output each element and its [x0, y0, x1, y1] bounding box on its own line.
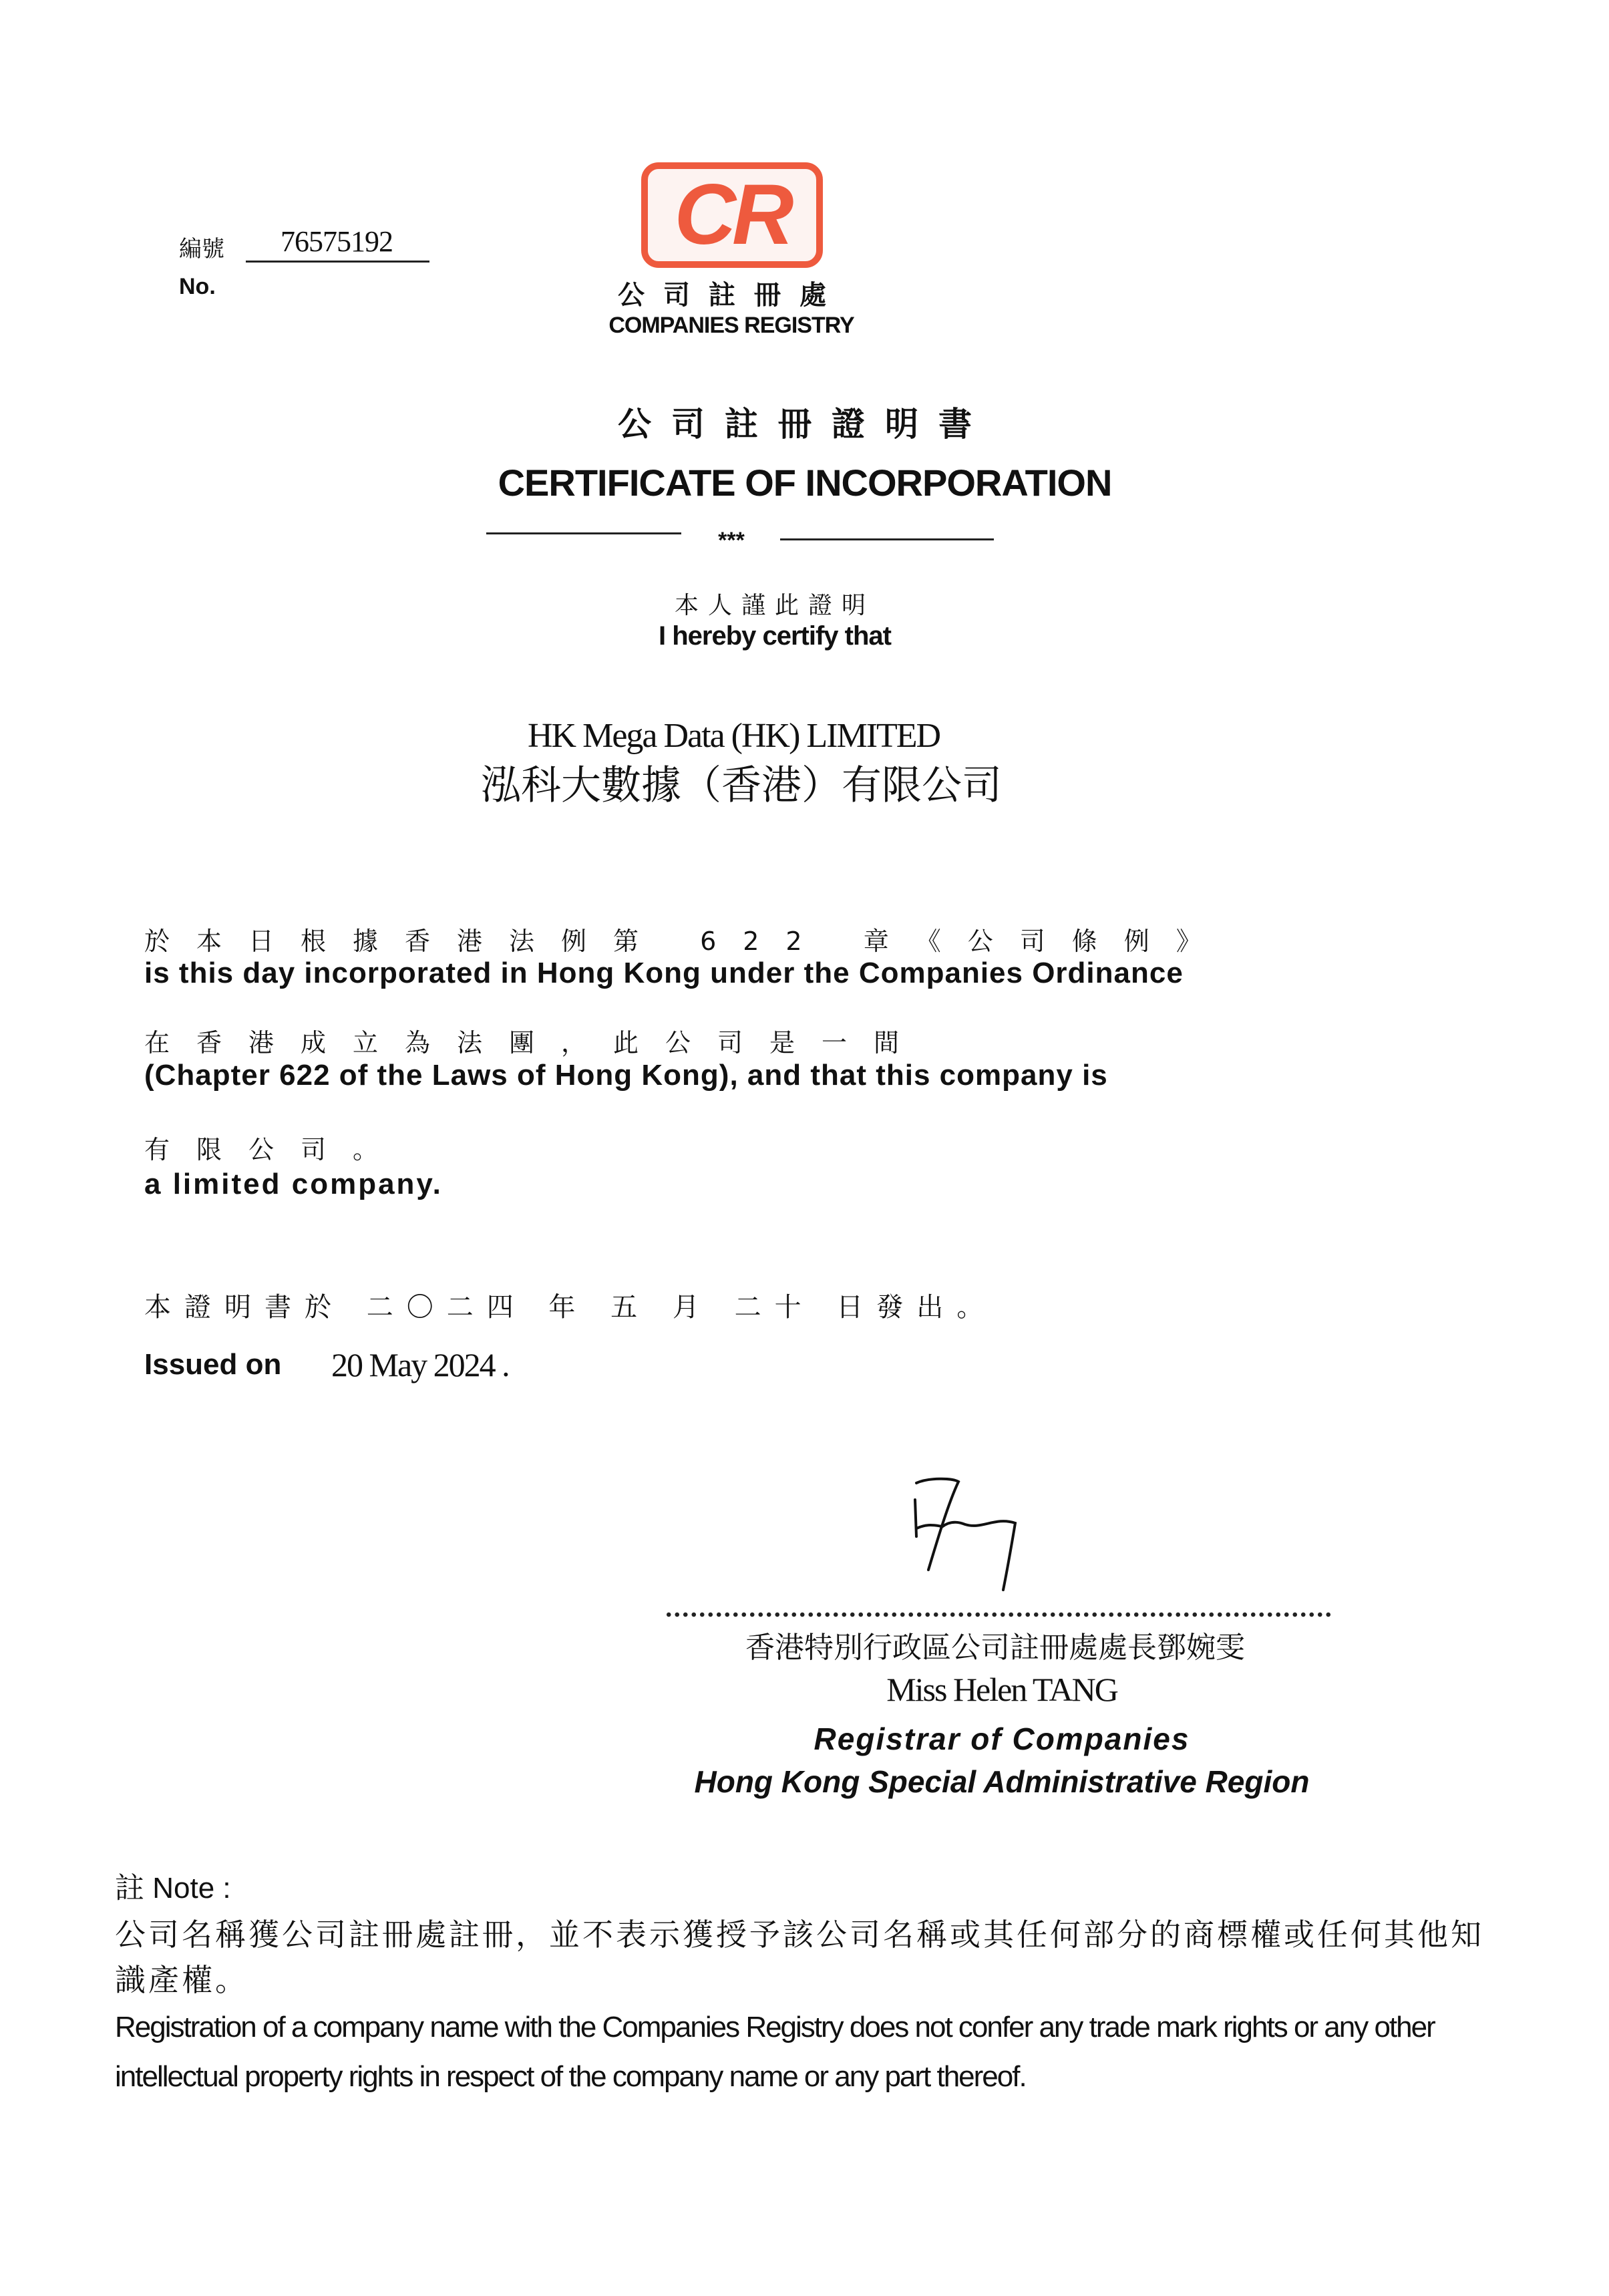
- company-name-zh: 泓科大數據（香港）有限公司: [481, 754, 1216, 811]
- body-line1-zh: 於本日根據香港法例第 622 章《公司條例》: [144, 921, 1228, 957]
- title-zh: 公司註冊證明書: [401, 397, 1209, 446]
- body-line1-en: is this day incorporated in Hong Kong un…: [144, 957, 1184, 990]
- note-label: 註 Note :: [115, 1864, 231, 1907]
- note-text-zh: 公司名稱獲公司註冊處註冊，並不表示獲授予該公司名稱或其任何部分的商標權或任何其他…: [115, 1912, 1484, 2003]
- registry-name-en: COMPANIES REGISTRY: [574, 313, 888, 339]
- title-en: CERTIFICATE OF INCORPORATION: [374, 461, 1236, 504]
- note-text-en: Registration of a company name with the …: [115, 2003, 1504, 2102]
- logo-cr-text: CR: [675, 172, 790, 258]
- divider-ornament: ***: [695, 528, 768, 554]
- body-line2-en: (Chapter 622 of the Laws of Hong Kong), …: [144, 1059, 1108, 1092]
- certify-en: I hereby certify that: [534, 621, 1015, 651]
- issued-label: Issued on: [144, 1348, 281, 1381]
- registry-name-zh: 公司註冊處: [588, 274, 875, 312]
- issued-date-en: 20 May 2024 .: [331, 1345, 509, 1384]
- body-line3-en: a limited company.: [144, 1168, 443, 1201]
- signature-icon: [902, 1463, 1069, 1597]
- registrar-title-en: Registrar of Companies: [668, 1721, 1336, 1757]
- issued-date-zh: 本證明書於 二〇二四 年 五 月 二十 日發出。: [144, 1286, 997, 1324]
- registrar-title-zh: 香港特別行政區公司註冊處處長鄧婉雯: [668, 1623, 1322, 1666]
- certificate-number: 76575192: [281, 224, 393, 259]
- number-label-zh: 編號: [179, 230, 224, 263]
- registrar-name: Miss Helen TANG: [668, 1670, 1336, 1709]
- body-line3-zh: 有限公司。: [144, 1129, 405, 1166]
- certify-zh: 本人謹此證明: [548, 587, 1002, 621]
- number-label-en: No.: [179, 274, 216, 300]
- divider-left: [486, 532, 681, 534]
- registrar-region-en: Hong Kong Special Administrative Region: [641, 1764, 1363, 1800]
- companies-registry-logo: CR: [641, 162, 823, 268]
- body-line2-zh: 在香港成立為法團，此公司是一間: [144, 1022, 926, 1059]
- signature-dotted-line: [665, 1611, 1332, 1618]
- divider-right: [780, 538, 994, 540]
- company-name-en: HK Mega Data (HK) LIMITED: [468, 716, 1169, 756]
- number-underline: [246, 261, 429, 263]
